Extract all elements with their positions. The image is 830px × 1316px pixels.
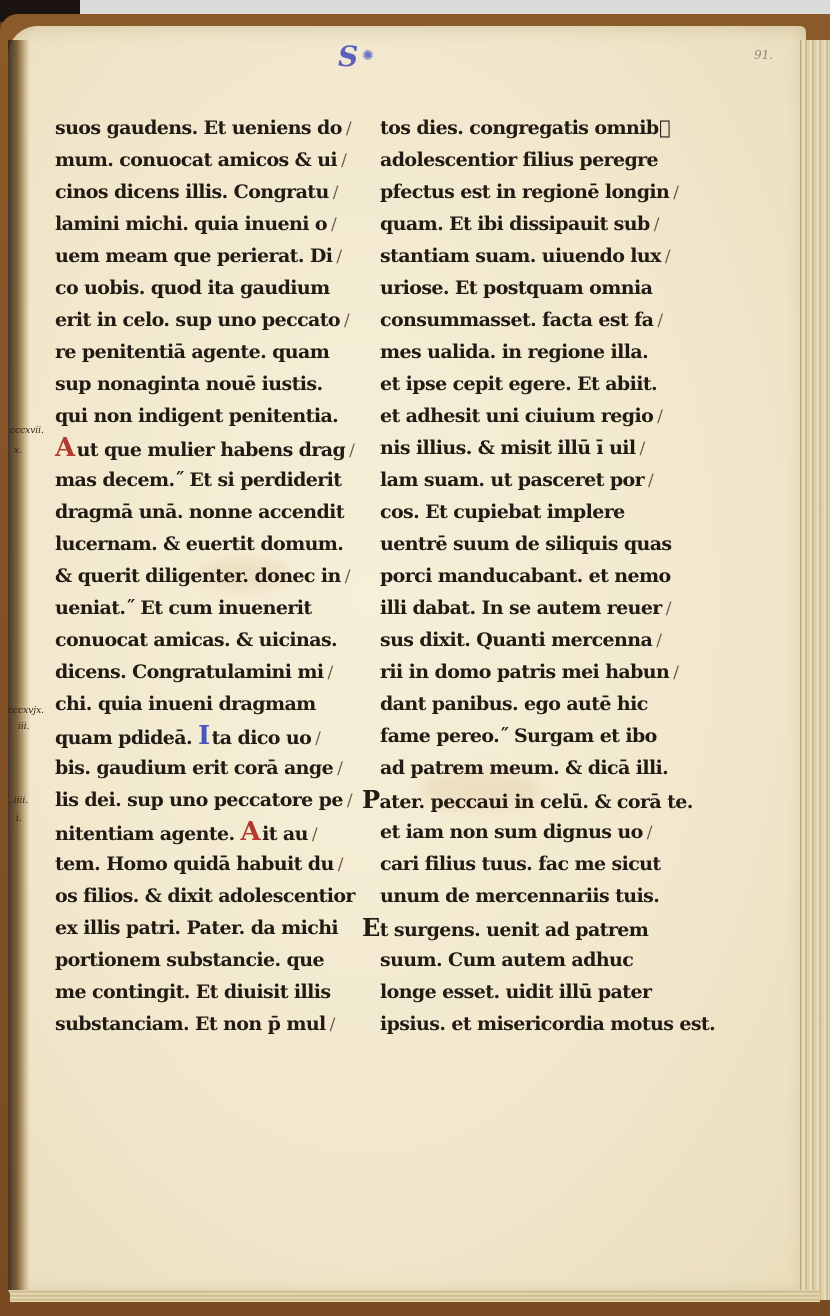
text-line: dant panibus. ego autē hic bbox=[380, 688, 680, 720]
text-line: me contingit. Et diuisit illis bbox=[55, 976, 345, 1008]
line-text: nitentiam agente. bbox=[55, 823, 235, 845]
line-text: ut que mulier habens drag bbox=[77, 439, 346, 461]
line-text: quam pdideā. bbox=[55, 727, 192, 749]
line-text: pfectus est in regionē longin bbox=[380, 181, 669, 203]
decorated-initial: A bbox=[241, 817, 261, 847]
capital-letter: P bbox=[362, 785, 379, 814]
text-line: cari filius tuus. fac me sicut bbox=[380, 848, 680, 880]
line-break-mark: / bbox=[656, 631, 661, 651]
line-break-mark: / bbox=[673, 183, 678, 203]
line-text: sus dixit. Quanti mercenna bbox=[380, 629, 652, 651]
line-text: t surgens. uenit ad patrem bbox=[380, 919, 649, 941]
text-line: cos. Et cupiebat implere bbox=[380, 496, 680, 528]
line-text: lam suam. ut pasceret por bbox=[380, 469, 644, 491]
decorated-initial: I bbox=[198, 721, 210, 751]
margin-note: x. bbox=[14, 446, 22, 456]
line-text: mes ualida. in regione illa. bbox=[380, 341, 648, 363]
margin-note: cccxvjx. bbox=[8, 706, 44, 716]
margin-note: cccxvii. bbox=[10, 426, 44, 436]
line-text: stantiam suam. uiuendo lux bbox=[380, 245, 661, 267]
line-break-mark: / bbox=[346, 119, 351, 139]
line-text: longe esset. uidit illū pater bbox=[380, 981, 651, 1003]
text-line: Pater. peccaui in celū. & corā te. bbox=[362, 784, 680, 816]
line-break-mark: / bbox=[331, 215, 336, 235]
text-line: tos dies. congregatis omnib᷒ bbox=[380, 112, 680, 144]
text-line: et ipse cepit egere. Et abiit. bbox=[380, 368, 680, 400]
line-break-mark: / bbox=[347, 791, 352, 811]
text-line: mum. conuocat amicos & ui/ bbox=[55, 144, 345, 176]
line-break-mark: / bbox=[337, 759, 342, 779]
line-text: & querit diligenter. donec in bbox=[55, 565, 341, 587]
text-line: porci manducabant. et nemo bbox=[380, 560, 680, 592]
text-line: suum. Cum autem adhuc bbox=[380, 944, 680, 976]
line-text: porci manducabant. et nemo bbox=[380, 565, 671, 587]
text-line: stantiam suam. uiuendo lux/ bbox=[380, 240, 680, 272]
line-text: consummasset. facta est fa bbox=[380, 309, 653, 331]
line-text: et adhesit uni ciuium regio bbox=[380, 405, 653, 427]
line-text: tos dies. congregatis omnib᷒ bbox=[380, 117, 670, 139]
text-line: Et surgens. uenit ad patrem bbox=[362, 912, 680, 944]
text-line: co uobis. quod ita gaudium bbox=[55, 272, 345, 304]
text-line: ex illis patri. Pater. da michi bbox=[55, 912, 345, 944]
line-text: mas decem.˝ Et si perdiderit bbox=[55, 469, 341, 491]
text-line: suos gaudens. Et ueniens do/ bbox=[55, 112, 345, 144]
text-line: ueniat.˝ Et cum inuenerit bbox=[55, 592, 345, 624]
line-break-mark: / bbox=[673, 663, 678, 683]
text-line: mes ualida. in regione illa. bbox=[380, 336, 680, 368]
text-line: Aut que mulier habens drag/ bbox=[55, 432, 345, 464]
ornament-star-icon: ✺ bbox=[362, 48, 374, 64]
line-break-mark: / bbox=[666, 599, 671, 619]
margin-note: iii. bbox=[18, 722, 30, 732]
line-text: substanciam. Et non p̄ mul bbox=[55, 1013, 326, 1035]
text-line: sup nonaginta nouē iustis. bbox=[55, 368, 345, 400]
line-text: et ipse cepit egere. Et abiit. bbox=[380, 373, 657, 395]
page-fore-edge bbox=[800, 40, 830, 1300]
text-line: unum de mercennariis tuis. bbox=[380, 880, 680, 912]
line-text: dragmā unā. nonne accendit bbox=[55, 501, 344, 523]
text-line: pfectus est in regionē longin/ bbox=[380, 176, 680, 208]
text-line: qui non indigent penitentia. bbox=[55, 400, 345, 432]
left-text-column: suos gaudens. Et ueniens do/mum. conuoca… bbox=[55, 112, 345, 1040]
line-text: adolescentior filius peregre bbox=[380, 149, 658, 171]
margin-note: i. bbox=[16, 814, 22, 824]
line-text: cos. Et cupiebat implere bbox=[380, 501, 625, 523]
text-line: mas decem.˝ Et si perdiderit bbox=[55, 464, 345, 496]
text-line: fame pereo.˝ Surgam et ibo bbox=[380, 720, 680, 752]
line-text: me contingit. Et diuisit illis bbox=[55, 981, 330, 1003]
line-break-mark: / bbox=[333, 183, 338, 203]
line-text: re penitentiā agente. quam bbox=[55, 341, 329, 363]
line-break-mark: / bbox=[312, 825, 317, 845]
text-line: conuocat amicas. & uicinas. bbox=[55, 624, 345, 656]
line-text: portionem substancie. que bbox=[55, 949, 324, 971]
line-break-mark: / bbox=[345, 567, 350, 587]
capital-letter: E bbox=[362, 913, 380, 942]
line-break-mark: / bbox=[341, 151, 346, 171]
line-text: os filios. & dixit adolescentior bbox=[55, 885, 355, 907]
text-line: uentrē suum de siliquis quas bbox=[380, 528, 680, 560]
line-text: cari filius tuus. fac me sicut bbox=[380, 853, 661, 875]
text-line: lis dei. sup uno peccatore pe/ bbox=[55, 784, 345, 816]
line-text: cinos dicens illis. Congratu bbox=[55, 181, 329, 203]
line-text-continued: ta dico uo bbox=[212, 727, 312, 749]
right-text-column: tos dies. congregatis omnib᷒adolescentio… bbox=[380, 112, 680, 1040]
line-text: bis. gaudium erit corā ange bbox=[55, 757, 333, 779]
page-gutter-shadow bbox=[8, 40, 30, 1290]
text-line: dragmā unā. nonne accendit bbox=[55, 496, 345, 528]
text-line: uem meam que perierat. Di/ bbox=[55, 240, 345, 272]
text-line: os filios. & dixit adolescentior bbox=[55, 880, 345, 912]
text-line: consummasset. facta est fa/ bbox=[380, 304, 680, 336]
line-text: tem. Homo quidā habuit du bbox=[55, 853, 334, 875]
line-text: sup nonaginta nouē iustis. bbox=[55, 373, 322, 395]
text-line: adolescentior filius peregre bbox=[380, 144, 680, 176]
line-break-mark: / bbox=[647, 823, 652, 843]
line-text: nis illius. & misit illū ī uil bbox=[380, 437, 636, 459]
text-line: et adhesit uni ciuium regio/ bbox=[380, 400, 680, 432]
line-break-mark: / bbox=[315, 729, 320, 749]
line-text: qui non indigent penitentia. bbox=[55, 405, 338, 427]
text-line: dicens. Congratulamini mi/ bbox=[55, 656, 345, 688]
line-text: unum de mercennariis tuis. bbox=[380, 885, 659, 907]
decorated-initial: A bbox=[55, 433, 75, 463]
line-break-mark: / bbox=[654, 215, 659, 235]
text-line: lam suam. ut pasceret por/ bbox=[380, 464, 680, 496]
line-text: rii in domo patris mei habun bbox=[380, 661, 669, 683]
margin-note: ..iiii. bbox=[8, 796, 28, 806]
line-text: suos gaudens. Et ueniens do bbox=[55, 117, 342, 139]
line-text: ipsius. et misericordia motus est. bbox=[380, 1013, 715, 1035]
line-text: uem meam que perierat. Di bbox=[55, 245, 332, 267]
text-line: portionem substancie. que bbox=[55, 944, 345, 976]
line-break-mark: / bbox=[330, 1015, 335, 1035]
line-text: ueniat.˝ Et cum inuenerit bbox=[55, 597, 312, 619]
text-line: longe esset. uidit illū pater bbox=[380, 976, 680, 1008]
line-text: uentrē suum de siliquis quas bbox=[380, 533, 672, 555]
line-text: ad patrem meum. & dicā illi. bbox=[380, 757, 668, 779]
line-break-mark: / bbox=[328, 663, 333, 683]
line-text: dant panibus. ego autē hic bbox=[380, 693, 648, 715]
line-text: suum. Cum autem adhuc bbox=[380, 949, 633, 971]
line-break-mark: / bbox=[657, 407, 662, 427]
line-break-mark: / bbox=[338, 855, 343, 875]
line-break-mark: / bbox=[657, 311, 662, 331]
line-break-mark: / bbox=[344, 311, 349, 331]
line-text: co uobis. quod ita gaudium bbox=[55, 277, 330, 299]
text-line: lamini michi. quia inueni o/ bbox=[55, 208, 345, 240]
text-line: ad patrem meum. & dicā illi. bbox=[380, 752, 680, 784]
line-break-mark: / bbox=[336, 247, 341, 267]
text-line: nitentiam agente. Ait au/ bbox=[55, 816, 345, 848]
line-break-mark: / bbox=[648, 471, 653, 491]
line-text: erit in celo. sup uno peccato bbox=[55, 309, 340, 331]
text-line: quam. Et ibi dissipauit sub/ bbox=[380, 208, 680, 240]
line-text: quam. Et ibi dissipauit sub bbox=[380, 213, 650, 235]
text-line: substanciam. Et non p̄ mul/ bbox=[55, 1008, 345, 1040]
line-text: dicens. Congratulamini mi bbox=[55, 661, 324, 683]
line-break-mark: / bbox=[349, 441, 354, 461]
text-line: sus dixit. Quanti mercenna/ bbox=[380, 624, 680, 656]
text-line: ipsius. et misericordia motus est. bbox=[380, 1008, 680, 1040]
text-line: bis. gaudium erit corā ange/ bbox=[55, 752, 345, 784]
text-line: illi dabat. In se autem reuer/ bbox=[380, 592, 680, 624]
line-text: ex illis patri. Pater. da michi bbox=[55, 917, 338, 939]
line-text: lis dei. sup uno peccatore pe bbox=[55, 789, 343, 811]
line-text: lamini michi. quia inueni o bbox=[55, 213, 327, 235]
text-line: chi. quia inueni dragmam bbox=[55, 688, 345, 720]
line-text: illi dabat. In se autem reuer bbox=[380, 597, 662, 619]
line-text: et iam non sum dignus uo bbox=[380, 821, 643, 843]
text-line: cinos dicens illis. Congratu/ bbox=[55, 176, 345, 208]
text-line: et iam non sum dignus uo/ bbox=[380, 816, 680, 848]
text-line: rii in domo patris mei habun/ bbox=[380, 656, 680, 688]
text-line: nis illius. & misit illū ī uil/ bbox=[380, 432, 680, 464]
line-break-mark: / bbox=[665, 247, 670, 267]
line-text: conuocat amicas. & uicinas. bbox=[55, 629, 337, 651]
page-bottom-edge bbox=[10, 1290, 820, 1302]
line-text: lucernam. & euertit domum. bbox=[55, 533, 343, 555]
line-text: fame pereo.˝ Surgam et ibo bbox=[380, 725, 657, 747]
line-break-mark: / bbox=[640, 439, 645, 459]
text-line: tem. Homo quidā habuit du/ bbox=[55, 848, 345, 880]
text-line: erit in celo. sup uno peccato/ bbox=[55, 304, 345, 336]
text-line: uriose. Et postquam omnia bbox=[380, 272, 680, 304]
line-text: uriose. Et postquam omnia bbox=[380, 277, 652, 299]
running-head-initial: S bbox=[338, 40, 358, 73]
text-line: lucernam. & euertit domum. bbox=[55, 528, 345, 560]
folio-number: 91. bbox=[754, 48, 773, 62]
line-text-continued: it au bbox=[262, 823, 308, 845]
text-line: quam pdideā. Ita dico uo/ bbox=[55, 720, 345, 752]
line-text: mum. conuocat amicos & ui bbox=[55, 149, 337, 171]
text-line: & querit diligenter. donec in/ bbox=[55, 560, 345, 592]
line-text: ater. peccaui in celū. & corā te. bbox=[379, 791, 692, 813]
line-text: chi. quia inueni dragmam bbox=[55, 693, 316, 715]
text-line: re penitentiā agente. quam bbox=[55, 336, 345, 368]
